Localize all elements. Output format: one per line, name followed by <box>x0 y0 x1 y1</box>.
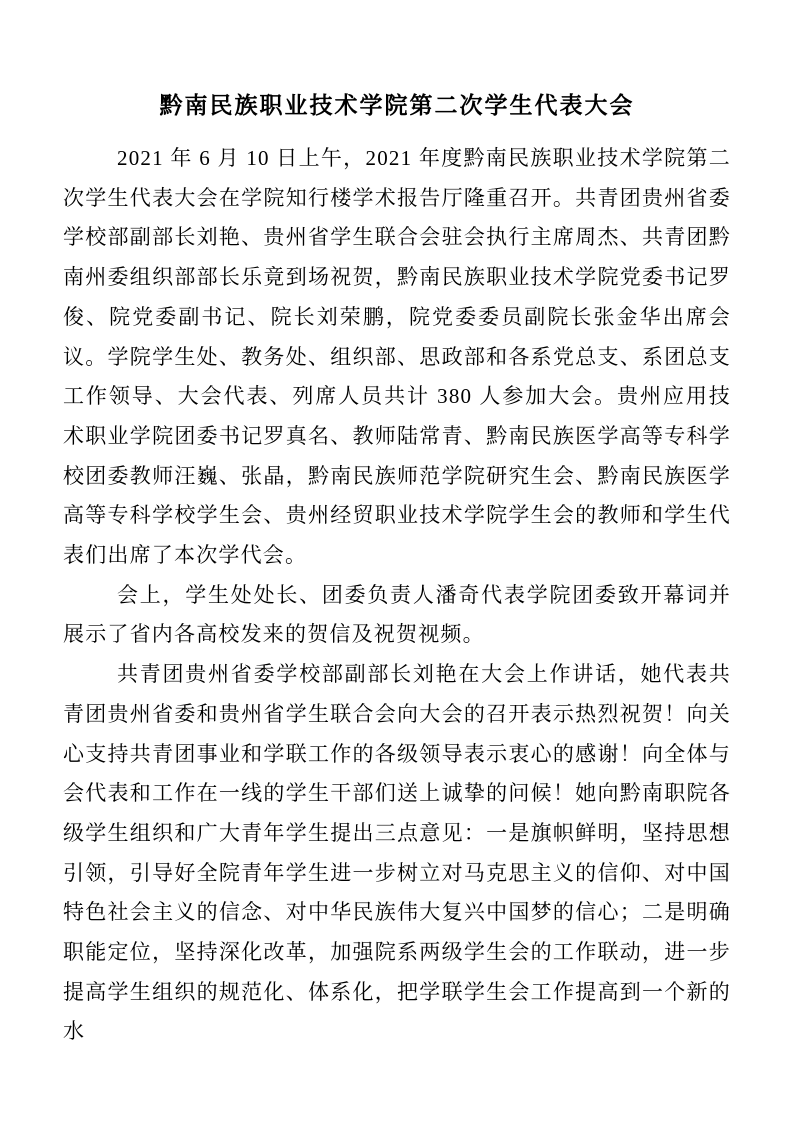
paragraph-speech: 共青团贵州省委学校部副部长刘艳在大会上作讲话，她代表共青团贵州省委和贵州省学生联… <box>63 655 731 1052</box>
document-body: 黔南民族职业技术学院第二次学生代表大会 2021 年 6 月 10 日上午，20… <box>63 88 731 1052</box>
document-page: 黔南民族职业技术学院第二次学生代表大会 2021 年 6 月 10 日上午，20… <box>0 0 793 1122</box>
document-title: 黔南民族职业技术学院第二次学生代表大会 <box>63 88 731 124</box>
paragraph-opening: 2021 年 6 月 10 日上午，2021 年度黔南民族职业技术学院第二次学生… <box>63 139 731 576</box>
paragraph-ceremony: 会上，学生处处长、团委负责人潘奇代表学院团委致开幕词并展示了省内各高校发来的贺信… <box>63 576 731 655</box>
